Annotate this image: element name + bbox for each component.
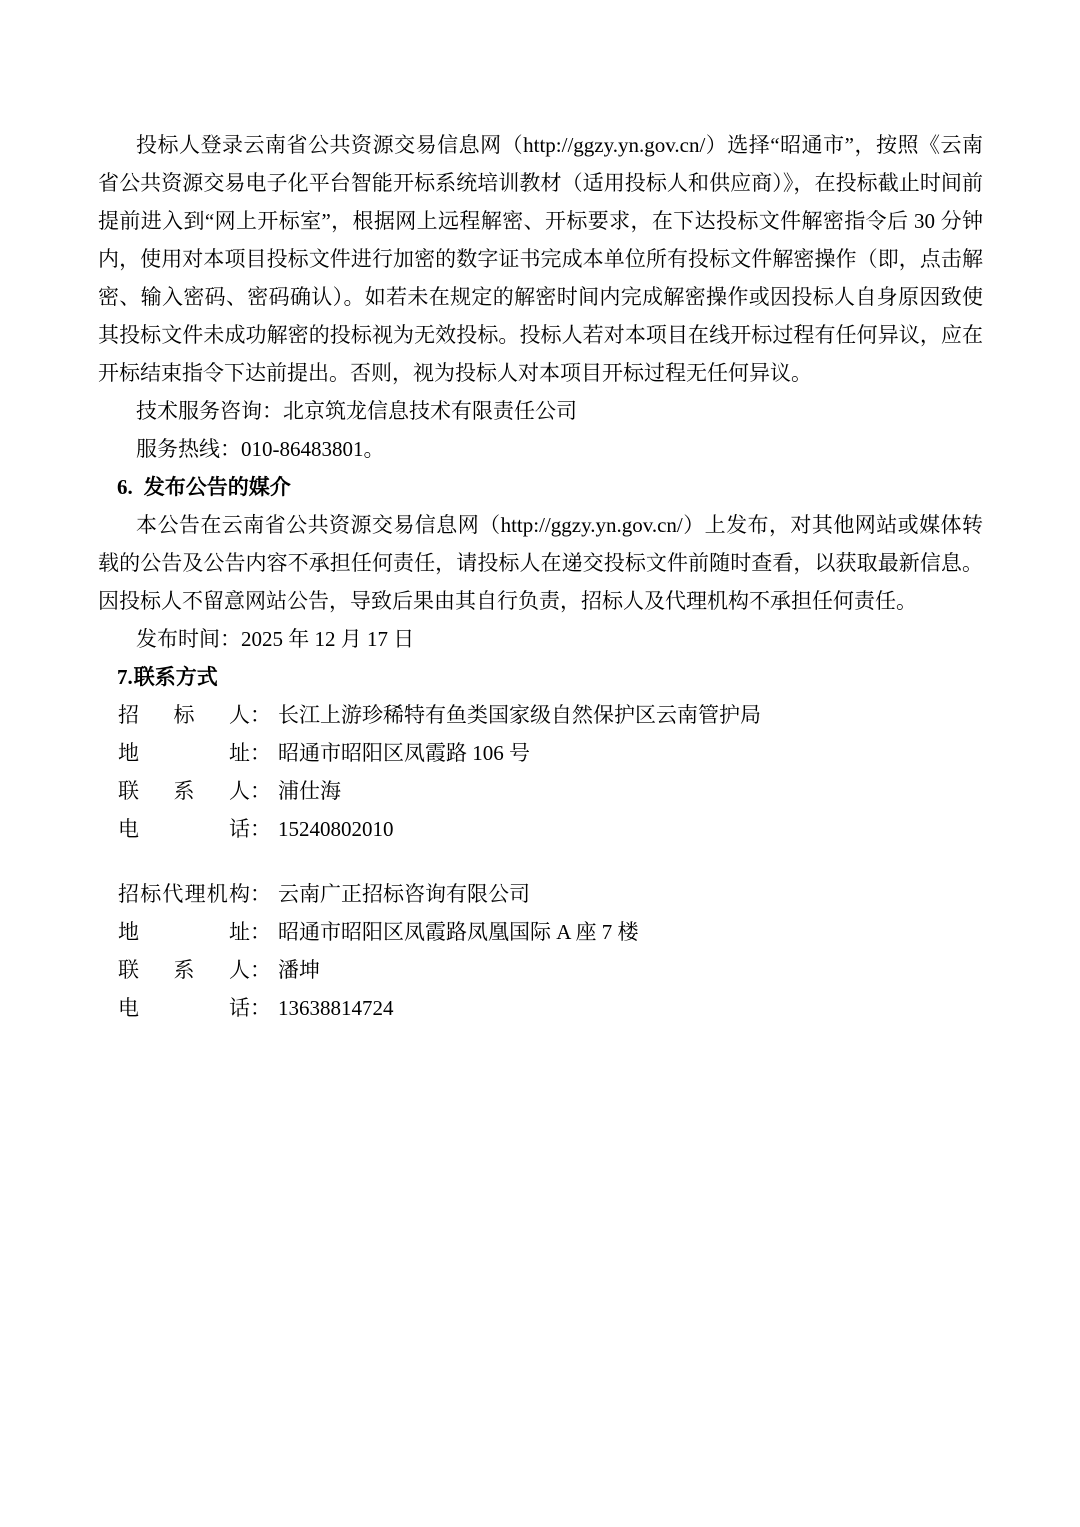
contact-label: 联系人 [118,772,250,810]
tenderer-contact-person-row: 联系人：浦仕海 [98,772,983,810]
contact-label: 招标人 [118,696,250,734]
document-page: 投标人登录云南省公共资源交易信息网（http://ggzy.yn.gov.cn/… [0,0,1080,1527]
contact-colon: ： [250,734,271,772]
section6-title: 发布公告的媒介 [144,475,291,499]
contact-value: 昭通市昭阳区凤霞路 106 号 [278,741,530,765]
contact-colon: ： [250,913,271,951]
hotline-line: 服务热线：010-86483801。 [98,430,983,468]
agency-address-row: 地址：昭通市昭阳区凤霞路凤凰国际 A 座 7 楼 [98,913,983,951]
section6-body: 本公告在云南省公共资源交易信息网（http://ggzy.yn.gov.cn/）… [98,506,983,620]
contact-label: 电话 [118,989,250,1027]
agency-name-row: 招标代理机构：云南广正招标咨询有限公司 [98,875,983,913]
section7-title: 联系方式 [134,665,218,689]
contact-colon: ： [250,875,271,913]
contact-label: 联系人 [118,951,250,989]
contact-value: 潘坤 [278,958,320,982]
tenderer-phone-row: 电话：15240802010 [98,810,983,848]
tech-service-line: 技术服务咨询：北京筑龙信息技术有限责任公司 [98,392,983,430]
contact-value: 浦仕海 [278,779,341,803]
contact-value: 昭通市昭阳区凤霞路凤凰国际 A 座 7 楼 [278,920,639,944]
contact-label: 招标代理机构 [118,875,250,913]
publish-date-line: 发布时间：2025 年 12 月 17 日 [98,620,983,658]
contact-value: 13638814724 [278,996,394,1020]
contact-colon: ： [250,989,271,1027]
tenderer-contact-block: 招标人：长江上游珍稀特有鱼类国家级自然保护区云南管护局 地址：昭通市昭阳区凤霞路… [98,696,983,848]
contact-value: 云南广正招标咨询有限公司 [278,882,530,906]
paragraph-online-bid-opening: 投标人登录云南省公共资源交易信息网（http://ggzy.yn.gov.cn/… [98,126,983,392]
contact-label: 地址 [118,734,250,772]
contact-colon: ： [250,810,271,848]
contact-label: 电话 [118,810,250,848]
contact-value: 长江上游珍稀特有鱼类国家级自然保护区云南管护局 [278,703,761,727]
agency-contact-block: 招标代理机构：云南广正招标咨询有限公司 地址：昭通市昭阳区凤霞路凤凰国际 A 座… [98,875,983,1027]
contact-label: 地址 [118,913,250,951]
tenderer-address-row: 地址：昭通市昭阳区凤霞路 106 号 [98,734,983,772]
contact-colon: ： [250,772,271,810]
contact-value: 15240802010 [278,817,394,841]
contact-colon: ： [250,696,271,734]
section7-heading: 7.联系方式 [98,658,983,696]
section6-number: 6. [117,475,133,499]
section7-number: 7. [117,665,133,689]
tenderer-name-row: 招标人：长江上游珍稀特有鱼类国家级自然保护区云南管护局 [98,696,983,734]
section6-heading: 6.发布公告的媒介 [98,468,983,506]
agency-phone-row: 电话：13638814724 [98,989,983,1027]
contact-colon: ： [250,951,271,989]
agency-contact-person-row: 联系人：潘坤 [98,951,983,989]
